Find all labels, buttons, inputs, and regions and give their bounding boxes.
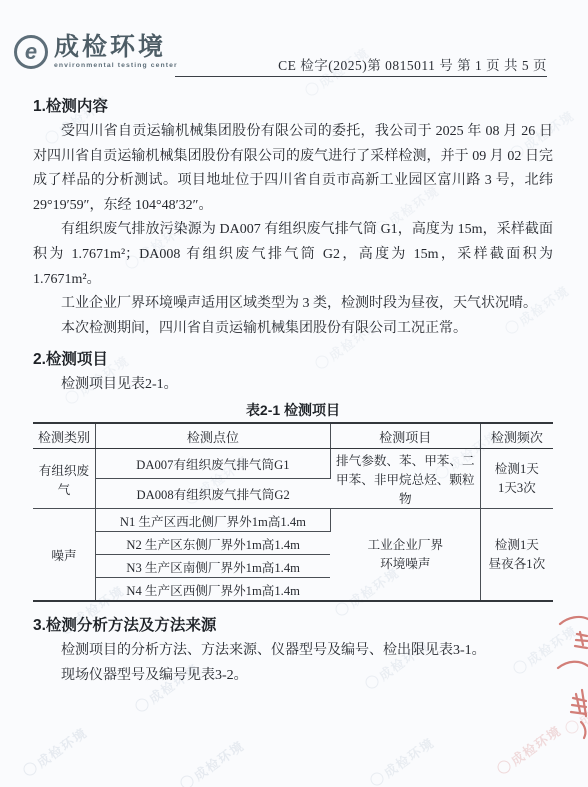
section2-title: 2.检测项目 [33,349,553,370]
section1-paragraph: 有组织废气排放污染源为 DA007 有组织废气排气筒 G1，高度为 15m，采样… [33,218,553,292]
watermark-logo-icon [368,770,386,787]
watermark-logo-icon [495,758,513,776]
table-2-1-caption: 表2-1 检测项目 [33,400,553,422]
point-cell: DA007有组织废气排气筒G1 [95,449,330,479]
section3-paragraph: 检测项目的分析方法、方法来源、仪器型号及编号、检出限见表3-1。 [33,639,553,664]
point-cell: N4 生产区西侧厂界外1m高1.4m [95,578,330,601]
point-cell: DA008有组织废气排气筒G2 [95,479,330,509]
table-row: 噪声 N1 生产区西北侧厂界外1m高1.4m 工业企业厂界 环境噪声 检测1天 … [33,509,553,532]
logo-name-cn: 成检环境 [54,33,178,61]
section1-paragraph: 本次检测期间，四川省自贡运输机械集团股份有限公司工况正常。 [33,317,553,342]
watermark-logo-icon [178,773,196,787]
table-2-1: 检测类别 检测点位 检测项目 检测频次 有组织废气 DA007有组织废气排气筒G… [33,422,553,602]
section1-title: 1.检测内容 [33,96,553,117]
section3-title: 3.检测分析方法及方法来源 [33,615,553,636]
point-cell: N1 生产区西北侧厂界外1m高1.4m [95,509,330,532]
logo-names: 成检环境 environmental testing center [54,33,178,69]
items-cell: 排气参数、苯、甲苯、二甲苯、非甲烷总烃、颗粒物 [330,449,480,509]
col-header-category: 检测类别 [33,423,95,449]
table-header-row: 检测类别 检测点位 检测项目 检测频次 [33,423,553,449]
section1-paragraph: 受四川省自贡运输机械集团股份有限公司的委托，我公司于 2025 年 08 月 2… [33,120,553,218]
document-number: CE 检字(2025)第 0815011 号 第 1 页 共 5 页 [278,54,547,74]
table-row: 有组织废气 DA007有组织废气排气筒G1 排气参数、苯、甲苯、二甲苯、非甲烷总… [33,449,553,479]
col-header-frequency: 检测频次 [480,423,553,449]
watermark: 成检环境 [366,732,438,787]
header-rule [175,76,547,77]
watermark-logo-icon [21,760,39,778]
frequency-cell: 检测1天 昼夜各1次 [480,509,553,601]
logo-name-en: environmental testing center [54,62,178,69]
section1-paragraph: 工业企业厂界环境噪声适用区域类型为 3 类，检测时段为昼夜，天气状况晴。 [33,292,553,317]
watermark-pink: 成检环境 [493,720,565,778]
section3-paragraph: 现场仪器型号及编号见表3-2。 [33,664,553,689]
red-stamp-fragment [556,606,588,746]
frequency-cell: 检测1天 1天3次 [480,449,553,509]
report-page: 成检环境 成检环境 成检环境 成检环境 成检环境 成检环境 成检环境 成检环境 … [0,0,588,787]
report-body: 1.检测内容 受四川省自贡运输机械集团股份有限公司的委托，我公司于 2025 年… [33,96,553,688]
col-header-point: 检测点位 [95,423,330,449]
point-cell: N2 生产区东侧厂界外1m高1.4m [95,532,330,555]
watermark: 成检环境 [176,735,248,787]
company-logo: e 成检环境 environmental testing center [14,33,178,69]
point-cell: N3 生产区南侧厂界外1m高1.4m [95,555,330,578]
logo-e-icon: e [14,35,48,69]
watermark-logo-icon [133,696,151,714]
watermark: 成检环境 [19,722,91,780]
items-cell: 工业企业厂界 环境噪声 [330,509,480,601]
category-cell: 噪声 [33,509,95,601]
col-header-item: 检测项目 [330,423,480,449]
category-cell: 有组织废气 [33,449,95,509]
section2-intro: 检测项目见表2-1。 [33,373,553,398]
